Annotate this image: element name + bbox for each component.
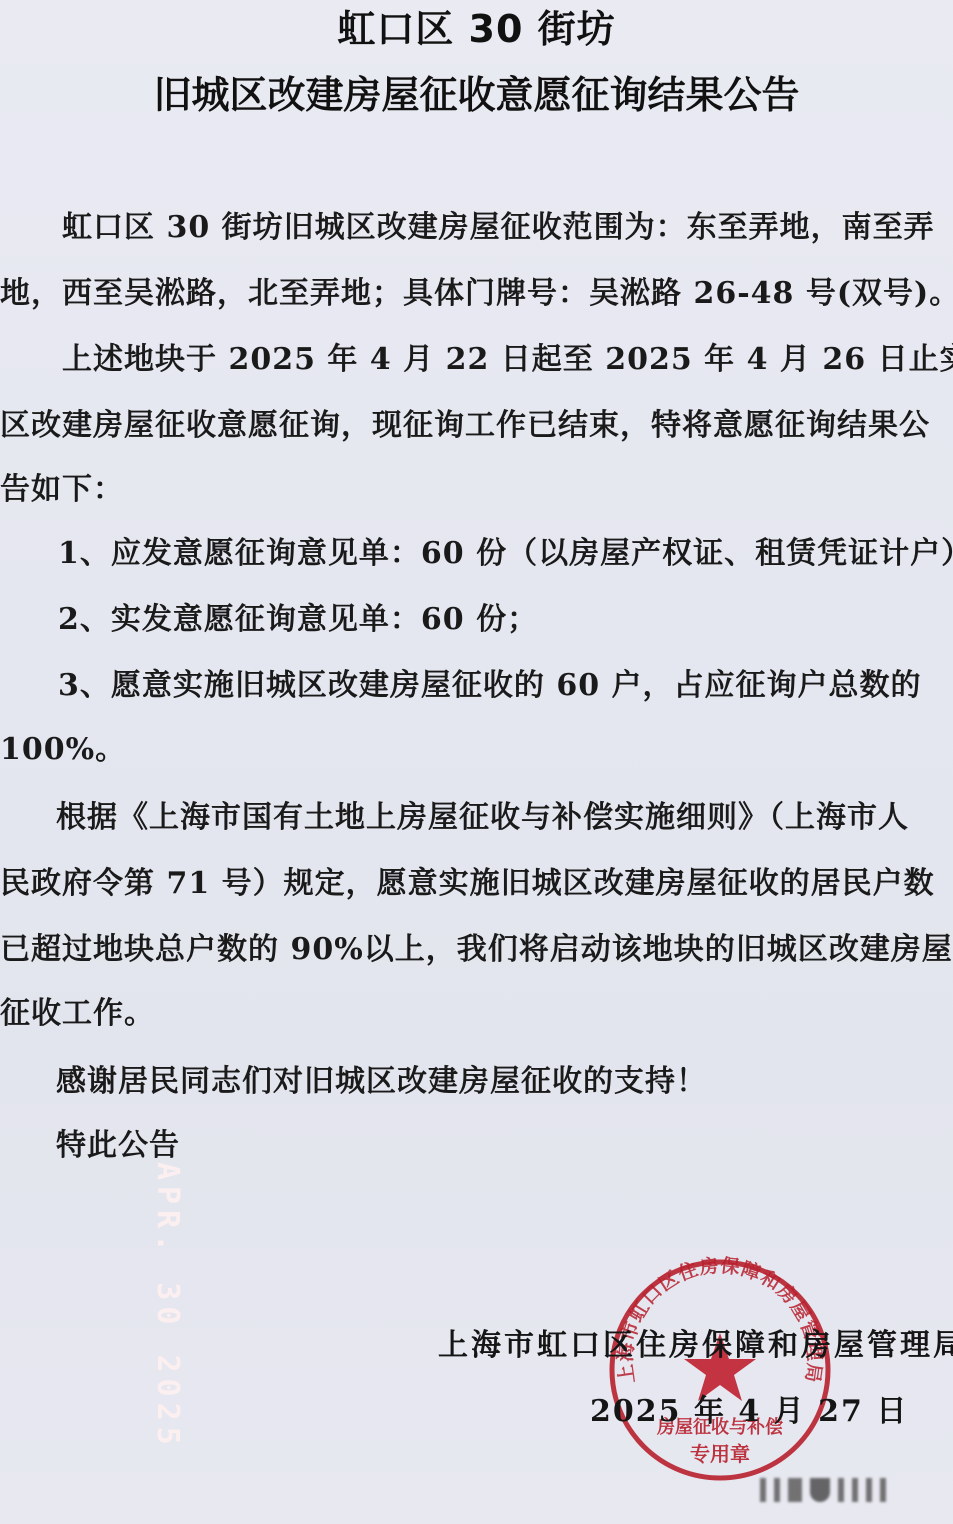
official-seal-icon: 上海市虹口区住房保障和房屋管理局 房屋征收与补偿 专用章 [605, 1255, 835, 1485]
regulation-line-3: 已超过地块总户数的 90%以上，我们将启动该地块的旧城区改建房屋 [0, 930, 953, 970]
period-line-2: 区改建房屋征收意愿征询，现征询工作已结束，特将意愿征询结果公 [0, 406, 930, 446]
result-item-2: 2、实发意愿征询意见单：60 份； [58, 600, 538, 640]
result-item-1: 1、应发意愿征询意见单：60 份（以房屋产权证、租赁凭证计户）； [58, 534, 953, 574]
period-line-1: 上述地块于 2025 年 4 月 22 日起至 2025 年 4 月 26 日止… [62, 340, 953, 380]
svg-text:专用章: 专用章 [690, 1442, 750, 1466]
regulation-line-2: 民政府令第 71 号）规定，愿意实施旧城区改建房屋征收的居民户数 [0, 864, 935, 904]
title-line-1: 虹口区 30 街坊 [0, 4, 953, 54]
scope-line-2: 地，西至吴淞路，北至弄地；具体门牌号：吴淞路 26-48 号(双号)。 [0, 274, 953, 314]
photo-date-watermark: APR. 30 2025 [150, 1162, 185, 1451]
title-line-2: 旧城区改建房屋征收意愿征询结果公告 [0, 68, 953, 122]
blurred-watermark [760, 1478, 930, 1508]
scope-line-1: 虹口区 30 街坊旧城区改建房屋征收范围为：东至弄地，南至弄 [62, 208, 935, 248]
thanks-line: 感谢居民同志们对旧城区改建房屋征收的支持！ [56, 1062, 707, 1102]
regulation-line-1: 根据《上海市国有土地上房屋征收与补偿实施细则》（上海市人 [56, 798, 909, 838]
issue-date: 2025 年 4 月 27 日 [590, 1392, 908, 1432]
announcement-document: 虹口区 30 街坊 旧城区改建房屋征收意愿征询结果公告 虹口区 30 街坊旧城区… [0, 0, 953, 1524]
period-line-3: 告如下： [0, 470, 124, 510]
closing-line: 特此公告 [56, 1126, 180, 1166]
regulation-line-4: 征收工作。 [0, 994, 155, 1034]
result-item-3: 3、愿意实施旧城区改建房屋征收的 60 户，占应征询户总数的 [58, 666, 922, 706]
result-item-3-cont: 100%。 [0, 730, 126, 770]
issuer-name: 上海市虹口区住房保障和房屋管理局 [438, 1326, 953, 1366]
